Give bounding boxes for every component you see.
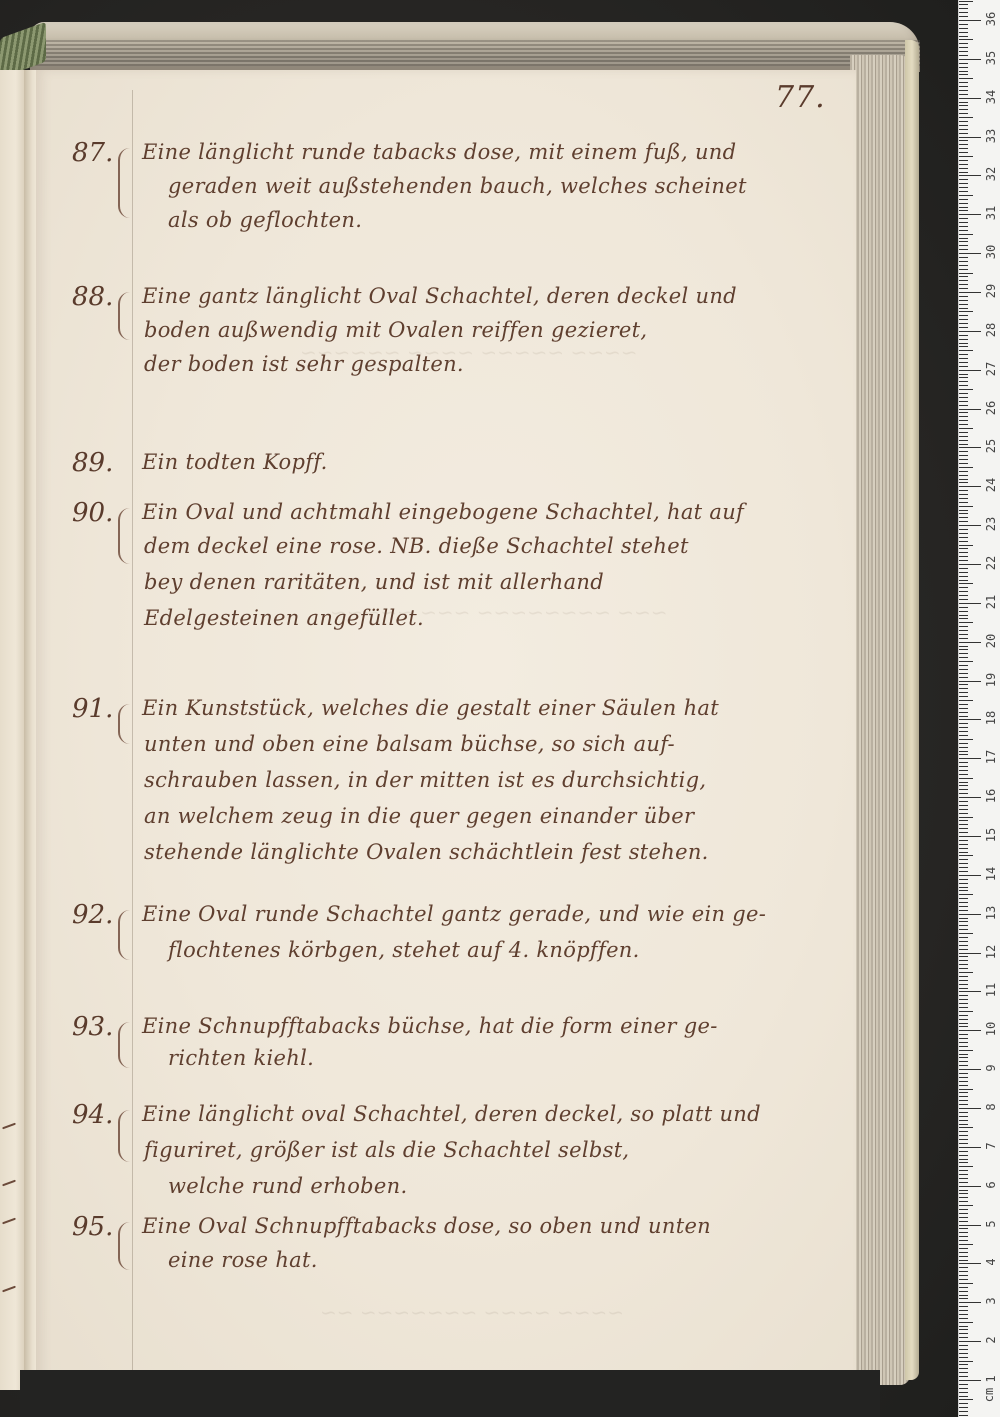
ruler-tick	[959, 572, 968, 573]
ruler-tick	[959, 789, 968, 790]
ruler-tick	[959, 564, 981, 565]
ruler-tick	[959, 692, 968, 693]
ruler-tick	[959, 179, 968, 180]
ruler-tick	[959, 47, 968, 48]
ruler-label: 13	[984, 903, 998, 923]
ruler-tick	[959, 1364, 968, 1365]
ruler-tick	[959, 1155, 968, 1156]
ruler-label: 32	[984, 164, 998, 184]
ruler-tick	[959, 758, 981, 759]
cover-edge	[905, 40, 919, 1380]
ruler-tick	[959, 988, 968, 989]
ruler-tick	[959, 754, 968, 755]
entry-brace	[118, 292, 132, 340]
ruler-label: 3	[984, 1291, 998, 1311]
ruler-tick	[959, 451, 968, 452]
entry-line: boden außwendig mit Ovalen reiffen gezie…	[144, 318, 647, 342]
entry-number: 87.	[72, 138, 113, 168]
ruler-tick	[959, 207, 968, 208]
ruler-tick	[959, 937, 968, 938]
ruler-tick	[959, 805, 968, 806]
ruler-tick	[959, 214, 981, 215]
ruler-tick	[959, 4, 968, 5]
ruler-tick	[959, 611, 968, 612]
ruler-label: 4	[984, 1252, 998, 1272]
ruler-label: 17	[984, 747, 998, 767]
ruler-tick	[959, 1124, 968, 1125]
ruler-label: 21	[984, 592, 998, 612]
entry-line: dem deckel eine rose. NB. dieße Schachte…	[144, 534, 689, 558]
ruler-tick	[959, 1201, 968, 1202]
ruler-tick	[959, 673, 968, 674]
ruler-tick	[959, 801, 968, 802]
ruler-tick	[959, 657, 968, 658]
ruler-label: 19	[984, 670, 998, 690]
ruler-tick	[959, 642, 981, 643]
entry-number: 93.	[72, 1012, 113, 1042]
ruler-tick	[959, 1186, 981, 1187]
ruler-tick	[959, 576, 968, 577]
ruler-tick	[959, 137, 981, 138]
ruler-tick	[959, 521, 968, 522]
ruler-tick	[959, 218, 968, 219]
ruler-tick	[959, 1143, 968, 1144]
entry-brace	[118, 508, 132, 564]
ruler-tick	[959, 739, 973, 740]
ruler-tick	[959, 556, 968, 557]
ruler-tick	[959, 972, 973, 973]
ruler-tick	[959, 343, 968, 344]
ruler-tick	[959, 1054, 968, 1055]
ruler-tick	[959, 537, 968, 538]
ruler-tick	[959, 1159, 968, 1160]
ruler-tick	[959, 1322, 973, 1323]
ruler-tick	[959, 735, 968, 736]
ruler-tick	[959, 412, 968, 413]
ruler-tick	[959, 953, 981, 954]
entry-line: Ein todten Kopff.	[142, 450, 328, 474]
ruler-tick	[959, 716, 968, 717]
ruler-tick	[959, 1003, 968, 1004]
ruler-tick	[959, 51, 968, 52]
ruler-tick	[959, 634, 968, 635]
ruler-label: 29	[984, 281, 998, 301]
ruler-tick	[959, 1341, 981, 1342]
ruler-tick	[959, 894, 973, 895]
ruler-tick	[959, 712, 968, 713]
ruler-tick	[959, 1399, 973, 1400]
ruler-tick	[959, 863, 968, 864]
ruler-tick	[959, 90, 968, 91]
ruler-tick	[959, 925, 968, 926]
ruler-tick	[959, 1197, 968, 1198]
ruler-tick	[959, 292, 981, 293]
ruler-tick	[959, 1116, 968, 1117]
ruler-tick	[959, 817, 973, 818]
ruler-tick	[959, 1252, 968, 1253]
ruler-tick	[959, 432, 968, 433]
ruler-tick	[959, 568, 968, 569]
entry-brace	[118, 1110, 132, 1162]
ruler-tick	[959, 1337, 968, 1338]
ruler-tick	[959, 743, 968, 744]
ruler-tick	[959, 1384, 968, 1385]
ruler-tick	[959, 1275, 968, 1276]
ruler-tick	[959, 12, 968, 13]
entry-number: 90.	[72, 498, 113, 528]
ruler-tick	[959, 727, 968, 728]
entry-number: 88.	[72, 282, 113, 312]
ruler-tick	[959, 1042, 968, 1043]
ruler-tick	[959, 1403, 968, 1404]
ruler-tick	[959, 1396, 968, 1397]
ruler-tick	[959, 836, 981, 837]
ruler-tick	[959, 459, 968, 460]
ruler-tick	[959, 164, 968, 165]
book-bottom-shadow	[20, 1370, 880, 1417]
ruler-tick	[959, 1030, 981, 1031]
ruler-tick	[959, 840, 968, 841]
ruler-tick	[959, 964, 968, 965]
ruler-tick	[959, 1162, 968, 1163]
ruler-tick	[959, 1248, 968, 1249]
ruler-tick	[959, 871, 968, 872]
manuscript-page	[36, 70, 856, 1390]
ruler-label: 11	[984, 980, 998, 1000]
ruler-tick	[959, 1011, 973, 1012]
ruler-tick	[959, 1034, 968, 1035]
ruler-label: 16	[984, 786, 998, 806]
ruler-tick	[959, 1240, 968, 1241]
entry-line: der boden ist sehr gespalten.	[144, 352, 464, 376]
ruler-tick	[959, 580, 968, 581]
ruler-tick	[959, 377, 968, 378]
ruler-tick	[959, 1333, 968, 1334]
ruler-tick	[959, 199, 968, 200]
ruler-tick	[959, 195, 973, 196]
ruler-tick	[959, 649, 968, 650]
ruler-tick	[959, 766, 968, 767]
ruler-tick	[959, 1073, 968, 1074]
ruler-label: 26	[984, 398, 998, 418]
ruler-tick	[959, 1306, 968, 1307]
ruler-tick	[959, 1287, 968, 1288]
ruler-label: 30	[984, 242, 998, 262]
ruler-tick	[959, 1100, 968, 1101]
ruler-tick	[959, 1368, 968, 1369]
ruler-tick	[959, 1174, 968, 1175]
ruler-tick	[959, 490, 968, 491]
entry-line: Eine gantz länglicht Oval Schachtel, der…	[142, 284, 737, 308]
ruler-tick	[959, 1166, 973, 1167]
ruler-tick	[959, 168, 968, 169]
ruler-tick	[959, 548, 968, 549]
ruler-tick	[959, 991, 981, 992]
ruler-tick	[959, 867, 968, 868]
entry-line: geraden weit außstehenden bauch, welches…	[168, 174, 747, 198]
ruler-label: 2	[984, 1330, 998, 1350]
ruler-tick	[959, 1271, 968, 1272]
ruler-tick	[959, 506, 973, 507]
ruler-tick	[959, 121, 968, 122]
ruler-tick	[959, 661, 973, 662]
ruler-tick	[959, 82, 968, 83]
ruler-tick	[959, 626, 968, 627]
ruler-tick	[959, 1260, 968, 1261]
ruler-tick	[959, 8, 968, 9]
ruler-label: 1	[984, 1369, 998, 1389]
ruler-tick	[959, 859, 968, 860]
ruler-label: 34	[984, 87, 998, 107]
ruler-label: 15	[984, 825, 998, 845]
ruler-tick	[959, 479, 968, 480]
ruler-tick	[959, 618, 968, 619]
ruler-label: 10	[984, 1019, 998, 1039]
ruler-tick	[959, 475, 968, 476]
ruler-tick	[959, 304, 968, 305]
ruler-tick	[959, 424, 968, 425]
ruler-tick	[959, 832, 968, 833]
ruler-tick	[959, 148, 968, 149]
ruler-tick	[959, 467, 973, 468]
ruler-tick	[959, 269, 968, 270]
ruler-tick	[959, 98, 981, 99]
ruler-tick	[959, 1318, 968, 1319]
ruler-tick	[959, 140, 968, 141]
ruler-tick	[959, 296, 968, 297]
ruler-tick	[959, 339, 968, 340]
ruler-tick	[959, 1046, 968, 1047]
ruler-tick	[959, 541, 968, 542]
ruler-tick	[959, 1279, 968, 1280]
ruler-tick	[959, 941, 968, 942]
ruler-tick	[959, 393, 968, 394]
ruler-tick	[959, 1038, 968, 1039]
ruler-tick	[959, 210, 968, 211]
ruler-tick	[959, 183, 968, 184]
ruler-tick	[959, 1139, 968, 1140]
ruler-tick	[959, 327, 968, 328]
ruler-tick	[959, 94, 968, 95]
ruler-tick	[959, 226, 968, 227]
ruler-tick	[959, 793, 968, 794]
ruler-tick	[959, 533, 968, 534]
ruler-tick	[959, 1081, 968, 1082]
ruler-tick	[959, 1104, 968, 1105]
ruler-tick	[959, 125, 968, 126]
ruler-tick	[959, 420, 968, 421]
ruler-tick	[959, 513, 968, 514]
ruler-tick	[959, 288, 968, 289]
ruler-tick	[959, 1349, 968, 1350]
ruler-tick	[959, 222, 968, 223]
ruler-tick	[959, 529, 968, 530]
ruler-tick	[959, 261, 968, 262]
ruler-tick	[959, 1213, 968, 1214]
ruler-tick	[959, 684, 968, 685]
left-facing-page	[0, 70, 26, 1390]
ruler-tick	[959, 280, 968, 281]
ruler-tick	[959, 1050, 973, 1051]
ruler-tick	[959, 36, 968, 37]
ruler-tick	[959, 265, 968, 266]
ruler-tick	[959, 230, 968, 231]
margin-rule	[132, 90, 133, 1380]
ruler-tick	[959, 1170, 968, 1171]
ruler-tick	[959, 315, 968, 316]
ruler-tick	[959, 117, 973, 118]
ruler-tick	[959, 1190, 968, 1191]
ruler-tick	[959, 55, 968, 56]
entry-number: 91.	[72, 694, 113, 724]
entry-line: Eine Oval Schnupfftabacks dose, so oben …	[142, 1214, 711, 1238]
ruler-tick	[959, 747, 968, 748]
ruler-tick	[959, 245, 968, 246]
ruler-label: 8	[984, 1097, 998, 1117]
entry-line: Edelgesteinen angefüllet.	[144, 606, 424, 630]
ruler-tick	[959, 405, 968, 406]
ruler-tick	[959, 852, 968, 853]
ruler-tick	[959, 1314, 968, 1315]
ruler-tick	[959, 409, 981, 410]
ruler-tick	[959, 824, 968, 825]
ruler-tick	[959, 933, 973, 934]
ruler-tick	[959, 1205, 973, 1206]
folio-number: 77.	[775, 80, 826, 115]
ruler-tick	[959, 1256, 968, 1257]
ruler-tick	[959, 346, 968, 347]
ruler-tick	[959, 273, 973, 274]
ruler-tick	[959, 731, 968, 732]
ruler-tick	[959, 39, 973, 40]
ruler-tick	[959, 615, 968, 616]
ruler-tick	[959, 16, 968, 17]
ruler-label: 22	[984, 553, 998, 573]
ruler-tick	[959, 152, 968, 153]
ruler-tick	[959, 1392, 968, 1393]
ruler-tick	[959, 366, 968, 367]
ruler-tick	[959, 653, 968, 654]
ruler-tick	[959, 447, 981, 448]
ruler-tick	[959, 1015, 968, 1016]
ruler-tick	[959, 696, 968, 697]
ruler-tick	[959, 113, 968, 114]
ruler-tick	[959, 1295, 968, 1296]
ruler-tick	[959, 463, 968, 464]
ruler-tick	[959, 778, 973, 779]
ruler-tick	[959, 980, 968, 981]
ruler-label: 23	[984, 514, 998, 534]
ruler-tick	[959, 1263, 981, 1264]
ruler-tick	[959, 1023, 968, 1024]
ruler-tick	[959, 455, 968, 456]
ruler-tick	[959, 1283, 973, 1284]
ruler-tick	[959, 319, 968, 320]
ruler-tick	[959, 883, 968, 884]
ruler-tick	[959, 1291, 968, 1292]
ruler-tick	[959, 1407, 968, 1408]
ruler-tick	[959, 599, 968, 600]
ruler-label: 12	[984, 942, 998, 962]
ruler-tick	[959, 374, 968, 375]
entry-line: figuriret, größer ist als die Schachtel …	[144, 1138, 629, 1162]
entry-line: eine rose hat.	[168, 1248, 318, 1272]
ruler-tick	[959, 144, 968, 145]
ruler-tick	[959, 1310, 968, 1311]
ruler-tick	[959, 681, 981, 682]
ruler-tick	[959, 999, 968, 1000]
ruler-tick	[959, 486, 981, 487]
ruler-tick	[959, 444, 968, 445]
ruler-label: 24	[984, 475, 998, 495]
ruler-tick	[959, 354, 968, 355]
ruler-tick	[959, 385, 968, 386]
ruler-tick	[959, 918, 968, 919]
ruler-tick	[959, 257, 968, 258]
ruler-tick	[959, 510, 968, 511]
entry-number: 92.	[72, 900, 113, 930]
ruler-label: 33	[984, 126, 998, 146]
ruler-tick	[959, 1061, 968, 1062]
ruler-tick	[959, 906, 968, 907]
ruler-tick	[959, 401, 968, 402]
ruler-tick	[959, 494, 968, 495]
entry-line: Eine Oval runde Schachtel gantz gerade, …	[142, 902, 766, 926]
ruler-tick	[959, 1147, 981, 1148]
ruler-tick	[959, 311, 973, 312]
ruler-label: 6	[984, 1175, 998, 1195]
ruler-tick	[959, 1108, 981, 1109]
ruler-tick	[959, 129, 968, 130]
entry-number: 94.	[72, 1100, 113, 1130]
ruler-tick	[959, 105, 968, 106]
ruler-label: 28	[984, 320, 998, 340]
entry-line: Eine länglicht oval Schachtel, deren dec…	[142, 1102, 761, 1126]
ruler-tick	[959, 63, 968, 64]
ruler-tick	[959, 86, 968, 87]
ruler-tick	[959, 751, 968, 752]
ruler-tick	[959, 898, 968, 899]
ruler-tick	[959, 1244, 973, 1245]
ruler-tick	[959, 638, 968, 639]
ruler-tick	[959, 1376, 968, 1377]
cm-ruler: cm 1234567891011121314151617181920212223…	[958, 0, 1000, 1417]
ruler-tick	[959, 813, 968, 814]
ruler-tick	[959, 471, 968, 472]
ruler-tick	[959, 785, 968, 786]
ruler-tick	[959, 440, 968, 441]
ruler-tick	[959, 688, 968, 689]
ruler-label: 25	[984, 436, 998, 456]
ruler-tick	[959, 723, 968, 724]
ruler-tick	[959, 102, 968, 103]
ruler-tick	[959, 78, 973, 79]
ruler-tick	[959, 1388, 968, 1389]
ruler-label: 31	[984, 203, 998, 223]
ruler-tick	[959, 1209, 968, 1210]
ruler-label: 9	[984, 1058, 998, 1078]
ruler-tick	[959, 253, 981, 254]
ruler-tick	[959, 976, 968, 977]
ruler-tick	[959, 498, 968, 499]
ruler-tick	[959, 828, 968, 829]
ruler-tick	[959, 1225, 981, 1226]
ruler-tick	[959, 956, 968, 957]
ruler-tick	[959, 591, 968, 592]
ruler-label: 27	[984, 359, 998, 379]
ruler-tick	[959, 1151, 968, 1152]
ruler-tick	[959, 762, 968, 763]
